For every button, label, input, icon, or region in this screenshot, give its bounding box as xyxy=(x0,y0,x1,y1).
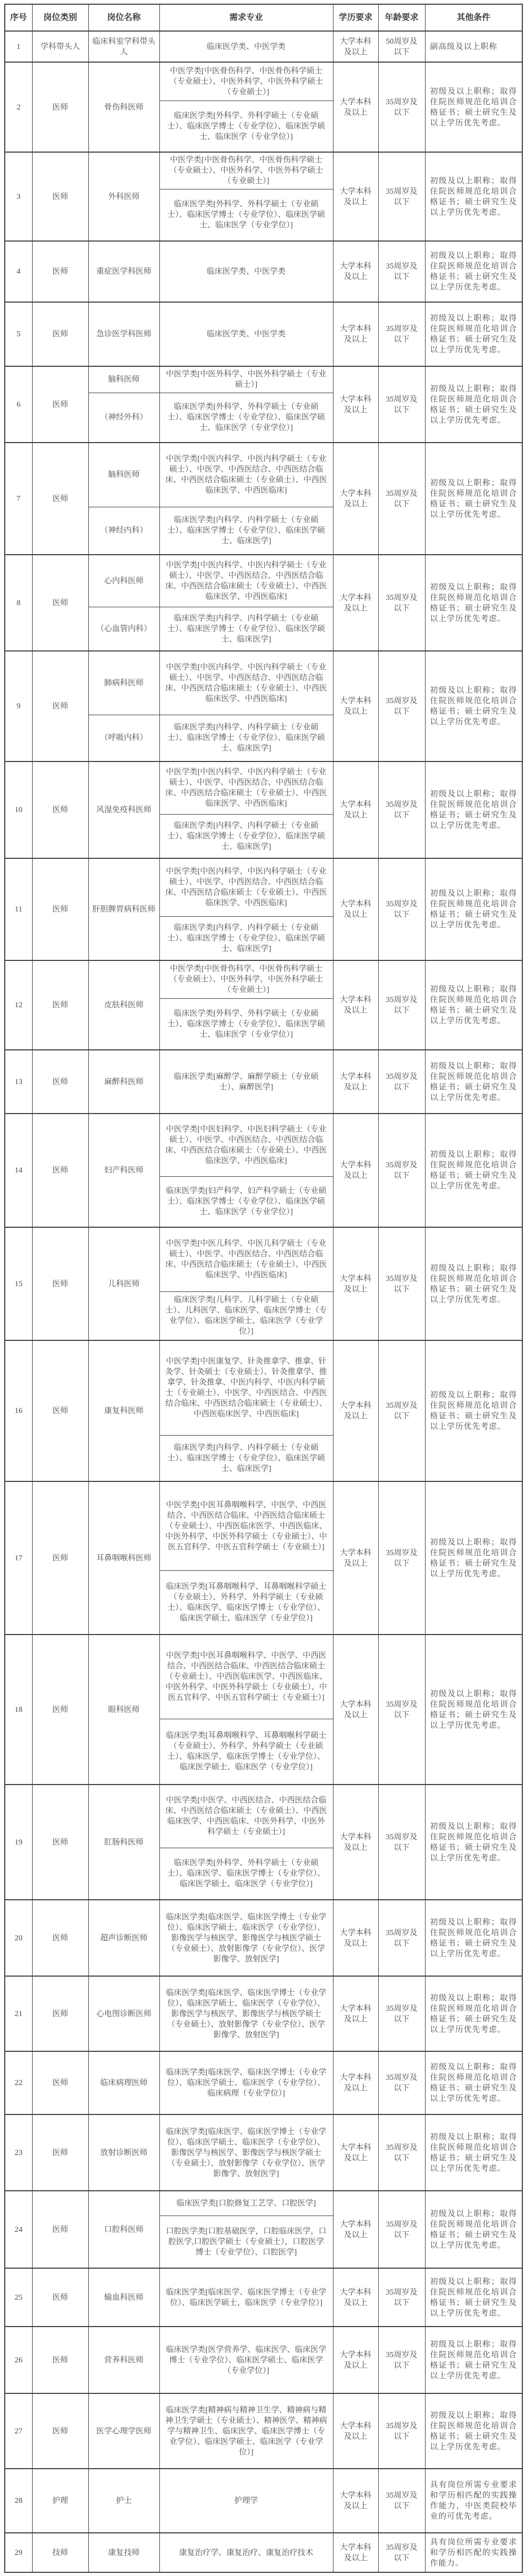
education-cell: 大学本科及以上 xyxy=(333,443,378,555)
position-name-cell: 心内科医师 xyxy=(88,555,159,607)
seq-cell: 13 xyxy=(5,1050,32,1114)
seq-cell: 5 xyxy=(5,302,32,366)
majors-cell: 临床医学类[内科学、内科学硕士（专业硕士）、临床医学博士（专业学位）、临床医学硕… xyxy=(159,1435,333,1481)
majors-cell: 中医学类[中医骨伤科学、中医骨伤科学硕士（专业硕士）、中医外科学、中医外科学硕士… xyxy=(159,960,333,998)
age-cell: 35周岁及以下 xyxy=(378,1900,425,1976)
seq-cell: 22 xyxy=(5,2051,32,2114)
seq-cell: 29 xyxy=(5,2533,32,2572)
category-cell: 医师 xyxy=(32,555,88,651)
majors-cell: 中医学类[中医妇科学、中医妇科学硕士（专业硕士）、中医学、中西医结合、中西医结合… xyxy=(159,1114,333,1176)
other-conditions-cell: 初级及以上职称；取得住院医师规范化培训合格证书；硕士研究生及以上学历优先考虑。 xyxy=(425,1481,522,1635)
majors-cell: 口腔医学类[口腔基础医学，口腔临床医学，口腔医学,口腔医学硕士（专业硕士），口腔… xyxy=(159,2216,333,2268)
education-cell: 大学本科及以上 xyxy=(333,302,378,366)
table-row: 1学科带头人临床科室学科带头人临床医学类、中医学类大学本科及以上50周岁及以下副… xyxy=(5,31,522,62)
category-cell: 医师 xyxy=(32,1050,88,1114)
position-name-cell: 骨伤科医师 xyxy=(88,62,159,152)
age-cell: 50周岁及以下 xyxy=(378,31,425,62)
majors-cell: 中医学类[中医内科学、中医内科学硕士（专业硕士）、中医学、中西医结合、中西医结合… xyxy=(159,651,333,715)
seq-cell: 28 xyxy=(5,2469,32,2533)
position-name-cell: 妇产科医师 xyxy=(88,1114,159,1227)
majors-cell: 临床医学类[耳鼻咽喉科学、耳鼻咽喉科学硕士（专业硕士）、外科学、外科学硕士（专业… xyxy=(159,1719,333,1785)
seq-cell: 4 xyxy=(5,241,32,302)
table-row: 19医师肛肠科医师中医学类[中医学、中西医结合、中西医结合临床、中西医结合临床硕… xyxy=(5,1785,522,1900)
majors-cell: 中医学类[中医内科学、中医内科学硕士（专业硕士）、中医学、中西医结合、中西医结合… xyxy=(159,555,333,607)
majors-cell: 临床医学类[内科学、内科学硕士（专业硕士）、临床医学博士（专业学位）、临床医学硕… xyxy=(159,814,333,858)
position-name-cell: 超声诊断医师 xyxy=(88,1900,159,1976)
category-cell: 技师 xyxy=(32,2533,88,2572)
majors-cell: 中医学类[中医骨伤科学、中医骨伤科学硕士（专业硕士）、中医外科学、中医外科学硕士… xyxy=(159,152,333,189)
position-name-cell: 康复技师 xyxy=(88,2533,159,2572)
table-row: 24医师口腔科医师临床医学类[口腔修复工艺学、口腔医学]大学本科及以上35周岁及… xyxy=(5,2191,522,2268)
majors-cell: 康复治疗学、康复治疗、康复治疗技术 xyxy=(159,2533,333,2572)
other-conditions-cell: 初级及以上职称；取得住院医师规范化培训合格证书；硕士研究生及以上学历优先考虑。 xyxy=(425,302,522,366)
education-cell: 大学本科及以上 xyxy=(333,2051,378,2114)
age-cell: 35周岁及以下 xyxy=(378,1481,425,1635)
seq-cell: 8 xyxy=(5,555,32,651)
seq-cell: 1 xyxy=(5,31,32,62)
majors-cell: 临床医学类[临床医学、临床医学博士（专业学位）、临床医学硕士、临床医学（专业学位… xyxy=(159,1976,333,2051)
other-conditions-cell: 具有岗位所需专业要求和学历相匹配的实践操作能力。 xyxy=(425,2533,522,2572)
age-cell: 35周岁及以下 xyxy=(378,2191,425,2268)
category-cell: 医师 xyxy=(32,1114,88,1227)
age-cell: 35周岁及以下 xyxy=(378,1976,425,2051)
education-cell: 大学本科及以上 xyxy=(333,960,378,1050)
age-cell: 35周岁及以下 xyxy=(378,302,425,366)
category-cell: 医师 xyxy=(32,1976,88,2051)
education-cell: 大学本科及以上 xyxy=(333,1114,378,1227)
seq-cell: 27 xyxy=(5,2393,32,2469)
other-conditions-cell: 初级及以上职称；取得住院医师规范化培训合格证书；硕士研究生及以上学历优先考虑。 xyxy=(425,1114,522,1227)
column-header: 序号 xyxy=(5,4,32,31)
education-cell: 大学本科及以上 xyxy=(333,1227,378,1340)
table-row: 15医师儿科医师中医学类[中医儿科学、中医儿科学硕士（专业硕士）、中医学、中西医… xyxy=(5,1227,522,1340)
seq-cell: 12 xyxy=(5,960,32,1050)
other-conditions-cell: 初级及以上职称；取得住院医师规范化培训合格证书；硕士研究生及以上学历优先考虑。 xyxy=(425,1050,522,1114)
table-row: 27医师医学心理学医师临床医学类[精神病与精神卫生学、精神病与精神卫生学硕士（专… xyxy=(5,2393,522,2469)
age-cell: 35周岁及以下 xyxy=(378,761,425,858)
majors-cell: 中医学类[中医骨伤科学、中医骨伤科学硕士（专业硕士）、中医外科学、中医外科学硕士… xyxy=(159,62,333,101)
table-row: 4医师重症医学科医师临床医学类、中医学类大学本科及以上35周岁及以下初级及以上职… xyxy=(5,241,522,302)
other-conditions-cell: 初级及以上职称；取得住院医师规范化培训合格证书；硕士研究生及以上学历优先考虑。 xyxy=(425,2114,522,2191)
other-conditions-cell: 初级及以上职称；取得住院医师规范化培训合格证书；硕士研究生及以上学历优先考虑。 xyxy=(425,2051,522,2114)
table-row: 5医师急诊医学科医师临床医学类、中医学类大学本科及以上35周岁及以下初级及以上职… xyxy=(5,302,522,366)
education-cell: 大学本科及以上 xyxy=(333,2327,378,2393)
majors-cell: 中医学类[中医内科学、中医内科学硕士（专业硕士）、中医学、中西医结合、中西医结合… xyxy=(159,858,333,916)
table-row: 3医师外科医师中医学类[中医骨伤科学、中医骨伤科学硕士（专业硕士）、中医外科学、… xyxy=(5,152,522,241)
table-row: 8医师心内科医师中医学类[中医内科学、中医内科学硕士（专业硕士）、中医学、中西医… xyxy=(5,555,522,651)
other-conditions-cell: 初级及以上职称；取得住院医师规范化培训合格证书；硕士研究生及以上学历优先考虑。 xyxy=(425,555,522,651)
majors-cell: 临床医学类[精神病与精神卫生学、精神病与精神卫生学硕士（专业硕士）、精神医学、精… xyxy=(159,2393,333,2469)
position-name-cell: 心电图诊断医师 xyxy=(88,1976,159,2051)
education-cell: 大学本科及以上 xyxy=(333,2469,378,2533)
category-cell: 医师 xyxy=(32,2051,88,2114)
column-header: 岗位类别 xyxy=(32,4,88,31)
education-cell: 大学本科及以上 xyxy=(333,1635,378,1785)
majors-cell: 临床医学类[儿科学、儿科学硕士（专业硕士）、儿科医学、临床医学、临床医学博士（专… xyxy=(159,1291,333,1340)
category-cell: 医师 xyxy=(32,858,88,960)
other-conditions-cell: 初级及以上职称；取得住院医师规范化培训合格证书；硕士研究生及以上学历优先考虑。 xyxy=(425,651,522,761)
table-row: 20医师超声诊断医师临床医学类[临床医学、临床医学博士（专业学位）、临床医学硕士… xyxy=(5,1900,522,1976)
other-conditions-cell: 初级及以上职称；取得住院医师规范化培训合格证书；硕士研究生及以上学历优先考虑。 xyxy=(425,1635,522,1785)
seq-cell: 20 xyxy=(5,1900,32,1976)
column-header: 学历要求 xyxy=(333,4,378,31)
seq-cell: 9 xyxy=(5,651,32,761)
majors-cell: 临床医学类、中医学类 xyxy=(159,302,333,366)
category-cell: 医师 xyxy=(32,2393,88,2469)
age-cell: 35周岁及以下 xyxy=(378,2469,425,2533)
category-cell: 医师 xyxy=(32,2268,88,2327)
position-name-cell: 营养科医师 xyxy=(88,2327,159,2393)
seq-cell: 10 xyxy=(5,761,32,858)
category-cell: 医师 xyxy=(32,2191,88,2268)
position-name-cell: （呼吸内科） xyxy=(88,715,159,761)
majors-cell: 临床医学类[口腔修复工艺学、口腔医学] xyxy=(159,2191,333,2216)
category-cell: 护理 xyxy=(32,2469,88,2533)
other-conditions-cell: 初级及以上职称；取得住院医师规范化培训合格证书；硕士研究生及以上学历优先考虑。 xyxy=(425,1785,522,1900)
seq-cell: 23 xyxy=(5,2114,32,2191)
education-cell: 大学本科及以上 xyxy=(333,2533,378,2572)
majors-cell: 临床医学类[临床医学、临床医学博士（专业学位）、临床医学硕士、临床医学（专业学位… xyxy=(159,1900,333,1976)
category-cell: 医师 xyxy=(32,1481,88,1635)
other-conditions-cell: 初级及以上职称；取得住院医师规范化培训合格证书；硕士研究生及以上学历优先考虑。 xyxy=(425,62,522,152)
table-row: 26医师营养科医师临床医学类[医学营养学、临床医学、临床医学博士（专业学位）、临… xyxy=(5,2327,522,2393)
education-cell: 大学本科及以上 xyxy=(333,1785,378,1900)
majors-cell: 临床医学类[外科学、外科学硕士（专业硕士）、临床医学博士（专业学位）、临床医学硕… xyxy=(159,189,333,241)
seq-cell: 7 xyxy=(5,443,32,555)
seq-cell: 2 xyxy=(5,62,32,152)
seq-cell: 17 xyxy=(5,1481,32,1635)
column-header: 需求专业 xyxy=(159,4,333,31)
age-cell: 35周岁及以下 xyxy=(378,1227,425,1340)
majors-cell: 中医学类[中医学、中西医结合、中西医结合临床、中西医结合临床硕士（专业硕士）、中… xyxy=(159,1785,333,1848)
other-conditions-cell: 初级及以上职称；取得住院医师规范化培训合格证书；硕士研究生及以上学历优先考虑。 xyxy=(425,1227,522,1340)
other-conditions-cell: 具有岗位所需专业要求和学历相匹配的实践操作能力，中医类院校毕业的可优先考虑。 xyxy=(425,2469,522,2533)
category-cell: 医师 xyxy=(32,651,88,761)
seq-cell: 19 xyxy=(5,1785,32,1900)
position-name-cell: （神经外科） xyxy=(88,393,159,443)
majors-cell: 临床医学类[外科学、外科学硕士（专业硕士）、临床医学、临床医学博士（专业学位）、… xyxy=(159,1848,333,1900)
seq-cell: 24 xyxy=(5,2191,32,2268)
education-cell: 大学本科及以上 xyxy=(333,858,378,960)
category-cell: 医师 xyxy=(32,366,88,443)
majors-cell: 临床医学类[耳鼻咽喉科学、耳鼻咽喉科学硕士（专业硕士）、外科学、外科学硕士（专业… xyxy=(159,1570,333,1635)
table-row: 9医师肺病科医师中医学类[中医内科学、中医内科学硕士（专业硕士）、中医学、中西医… xyxy=(5,651,522,761)
majors-cell: 临床医学类[临床医学、临床医学博士（专业学位）、临床医学硕士、临床医学（专业学位… xyxy=(159,2268,333,2327)
age-cell: 35周岁及以下 xyxy=(378,443,425,555)
position-name-cell: 风湿免疫科医师 xyxy=(88,761,159,858)
position-name-cell: 重症医学科医师 xyxy=(88,241,159,302)
seq-cell: 18 xyxy=(5,1635,32,1785)
table-row: 28护理护士护理学大学本科及以上35周岁及以下具有岗位所需专业要求和学历相匹配的… xyxy=(5,2469,522,2533)
category-cell: 医师 xyxy=(32,152,88,241)
position-name-cell: 脑科医师 xyxy=(88,443,159,507)
age-cell: 35周岁及以下 xyxy=(378,366,425,443)
column-header: 岗位名称 xyxy=(88,4,159,31)
seq-cell: 16 xyxy=(5,1340,32,1481)
seq-cell: 14 xyxy=(5,1114,32,1227)
table-row: 6医师脑科医师中医学类[中医外科学、中医外科学硕士（专业硕士）]大学本科及以上3… xyxy=(5,366,522,443)
majors-cell: 临床医学类[麻醉学、麻醉学硕士（专业硕士）、麻醉医学] xyxy=(159,1050,333,1114)
other-conditions-cell: 初级及以上职称；取得住院医师规范化培训合格证书；硕士研究生及以上学历优先考虑。 xyxy=(425,1900,522,1976)
other-conditions-cell: 初级及以上职称；取得住院医师规范化培训合格证书；硕士研究生及以上学历优先考虑。 xyxy=(425,761,522,858)
other-conditions-cell: 初级及以上职称；取得住院医师规范化培训合格证书；硕士研究生及以上学历优先考虑。 xyxy=(425,2268,522,2327)
education-cell: 大学本科及以上 xyxy=(333,2114,378,2191)
education-cell: 大学本科及以上 xyxy=(333,651,378,761)
age-cell: 35周岁及以下 xyxy=(378,152,425,241)
position-name-cell: 放射诊断医师 xyxy=(88,2114,159,2191)
seq-cell: 26 xyxy=(5,2327,32,2393)
position-name-cell: 外科医师 xyxy=(88,152,159,241)
seq-cell: 11 xyxy=(5,858,32,960)
other-conditions-cell: 初级及以上职称；取得住院医师规范化培训合格证书；硕士研究生及以上学历优先考虑。 xyxy=(425,1976,522,2051)
other-conditions-cell: 初级及以上职称；取得住院医师规范化培训合格证书；硕士研究生及以上学历优先考虑。 xyxy=(425,1340,522,1481)
education-cell: 大学本科及以上 xyxy=(333,152,378,241)
majors-cell: 临床医学类[外科学、外科学硕士（专业硕士）、临床医学博士（专业学位）、临床医学硕… xyxy=(159,998,333,1050)
majors-cell: 临床医学类[内科学、内科学硕士（专业硕士）、临床医学博士（专业学位）、临床医学硕… xyxy=(159,607,333,651)
majors-cell: 临床医学类[外科学、外科学硕士（专业硕士）、临床医学博士（专业学位）、临床医学硕… xyxy=(159,101,333,152)
header-row: 序号岗位类别岗位名称需求专业学历要求年龄要求其他条件 xyxy=(5,4,522,31)
table-row: 13医师麻醉科医师临床医学类[麻醉学、麻醉学硕士（专业硕士）、麻醉医学]大学本科… xyxy=(5,1050,522,1114)
education-cell: 大学本科及以上 xyxy=(333,1481,378,1635)
majors-cell: 临床医学类[妇产科学、妇产科学硕士（专业硕士）、临床医学博士（专业学位）、临床医… xyxy=(159,1176,333,1227)
position-name-cell: 麻醉科医师 xyxy=(88,1050,159,1114)
majors-cell: 护理学 xyxy=(159,2469,333,2533)
education-cell: 大学本科及以上 xyxy=(333,1340,378,1481)
age-cell: 35周岁及以下 xyxy=(378,2533,425,2572)
age-cell: 35周岁及以下 xyxy=(378,1050,425,1114)
table-row: 10医师风湿免疫科医师中医学类[中医内科学、中医内科学硕士（专业硕士）、中医学、… xyxy=(5,761,522,858)
majors-cell: 中医学类[中医儿科学、中医儿科学硕士（专业硕士）、中医学、中西医结合、中西医结合… xyxy=(159,1227,333,1291)
age-cell: 35周岁及以下 xyxy=(378,960,425,1050)
position-name-cell: 皮肤科医师 xyxy=(88,960,159,1050)
category-cell: 医师 xyxy=(32,2114,88,2191)
category-cell: 医师 xyxy=(32,2327,88,2393)
category-cell: 医师 xyxy=(32,62,88,152)
position-name-cell: 脑科医师 xyxy=(88,366,159,393)
education-cell: 大学本科及以上 xyxy=(333,1976,378,2051)
category-cell: 医师 xyxy=(32,1635,88,1785)
position-name-cell: 医学心理学医师 xyxy=(88,2393,159,2469)
age-cell: 35周岁及以下 xyxy=(378,1114,425,1227)
position-name-cell: 肛肠科医师 xyxy=(88,1785,159,1900)
majors-cell: 临床医学类[内科学、内科学硕士（专业硕士）、临床医学博士（专业学位）、临床医学硕… xyxy=(159,507,333,555)
position-name-cell: 康复科医师 xyxy=(88,1340,159,1481)
position-name-cell: 肝胆脾胃病科医师 xyxy=(88,858,159,960)
age-cell: 35周岁及以下 xyxy=(378,1635,425,1785)
column-header: 其他条件 xyxy=(425,4,522,31)
majors-cell: 临床医学类[临床医学、临床医学博士（专业学位）、临床医学硕士、临床医学（专业学位… xyxy=(159,2114,333,2191)
other-conditions-cell: 初级及以上职称；取得住院医师规范化培训合格证书；硕士研究生及以上学历优先考虑。 xyxy=(425,2191,522,2268)
majors-cell: 临床医学类、中医学类 xyxy=(159,241,333,302)
age-cell: 35周岁及以下 xyxy=(378,241,425,302)
majors-cell: 临床医学类[临床医学、临床医学博士（专业学位）、临床医学硕士、临床医学（专业学位… xyxy=(159,2051,333,2114)
majors-cell: 临床医学类[内科学、内科学硕士（专业硕士）、临床医学博士（专业学位）、临床医学硕… xyxy=(159,916,333,960)
majors-cell: 临床医学类、中医学类 xyxy=(159,31,333,62)
table-row: 12医师皮肤科医师中医学类[中医骨伤科学、中医骨伤科学硕士（专业硕士）、中医外科… xyxy=(5,960,522,1050)
table-header: 序号岗位类别岗位名称需求专业学历要求年龄要求其他条件 xyxy=(5,4,522,31)
age-cell: 35周岁及以下 xyxy=(378,2327,425,2393)
table-row: 17医师耳鼻咽喉科医师中医学类[中医耳鼻咽喉科学、中医学、中西医结合、中西医结合… xyxy=(5,1481,522,1635)
category-cell: 医师 xyxy=(32,960,88,1050)
table-row: 18医师眼科医师中医学类[中医耳鼻咽喉科学、中医学、中西医结合、中西医结合临床、… xyxy=(5,1635,522,1785)
position-name-cell: 输血科医师 xyxy=(88,2268,159,2327)
age-cell: 35周岁及以下 xyxy=(378,2051,425,2114)
table-row: 7医师脑科医师中医学类[中医内科学、中医内科学硕士（专业硕士）、中医学、中西医结… xyxy=(5,443,522,555)
other-conditions-cell: 初级及以上职称；取得住院医师规范化培训合格证书；硕士研究生及以上学历优先考虑。 xyxy=(425,241,522,302)
category-cell: 医师 xyxy=(32,761,88,858)
other-conditions-cell: 初级及以上职称；取得住院医师规范化培训合格证书；硕士研究生及以上学历优先考虑。 xyxy=(425,2327,522,2393)
age-cell: 35周岁及以下 xyxy=(378,1785,425,1900)
other-conditions-cell: 副高级及以上职称 xyxy=(425,31,522,62)
age-cell: 35周岁及以下 xyxy=(378,2393,425,2469)
education-cell: 大学本科及以上 xyxy=(333,62,378,152)
table-row: 16医师康复科医师中医学类[中医康复学、针灸推拿学、推拿、针灸学、针灸硕士（专业… xyxy=(5,1340,522,1481)
education-cell: 大学本科及以上 xyxy=(333,1900,378,1976)
category-cell: 医师 xyxy=(32,1227,88,1340)
other-conditions-cell: 初级及以上职称；取得住院医师规范化培训合格证书；硕士研究生及以上学历优先考虑。 xyxy=(425,366,522,443)
other-conditions-cell: 初级及以上职称；取得住院医师规范化培训合格证书；硕士研究生及以上学历优先考虑。 xyxy=(425,960,522,1050)
position-name-cell: 急诊医学科医师 xyxy=(88,302,159,366)
position-name-cell: 临床病理医师 xyxy=(88,2051,159,2114)
education-cell: 大学本科及以上 xyxy=(333,2191,378,2268)
age-cell: 35周岁及以下 xyxy=(378,1340,425,1481)
table-row: 2医师骨伤科医师中医学类[中医骨伤科学、中医骨伤科学硕士（专业硕士）、中医外科学… xyxy=(5,62,522,152)
other-conditions-cell: 初级及以上职称；取得住院医师规范化培训合格证书；硕士研究生及以上学历优先考虑。 xyxy=(425,443,522,555)
age-cell: 35周岁及以下 xyxy=(378,858,425,960)
education-cell: 大学本科及以上 xyxy=(333,366,378,443)
table-row: 25医师输血科医师临床医学类[临床医学、临床医学博士（专业学位）、临床医学硕士、… xyxy=(5,2268,522,2327)
position-name-cell: 护士 xyxy=(88,2469,159,2533)
other-conditions-cell: 初级及以上职称；取得住院医师规范化培训合格证书；硕士研究生及以上学历优先考虑。 xyxy=(425,2393,522,2469)
majors-cell: 中医学类[中医内科学、中医内科学硕士（专业硕士）、中医学、中西医结合、中西医结合… xyxy=(159,761,333,814)
seq-cell: 21 xyxy=(5,1976,32,2051)
position-name-cell: 临床科室学科带头人 xyxy=(88,31,159,62)
majors-cell: 临床医学类[内科学、内科学硕士（专业硕士）、临床医学博士（专业学位）、临床医学硕… xyxy=(159,715,333,761)
category-cell: 医师 xyxy=(32,1900,88,1976)
position-name-cell: 眼科医师 xyxy=(88,1635,159,1785)
education-cell: 大学本科及以上 xyxy=(333,31,378,62)
age-cell: 35周岁及以下 xyxy=(378,651,425,761)
majors-cell: 中医学类[中医外科学、中医外科学硕士（专业硕士）] xyxy=(159,366,333,393)
position-name-cell: 耳鼻咽喉科医师 xyxy=(88,1481,159,1635)
majors-cell: 临床医学类[医学营养学、临床医学、临床医学博士（专业学位）、临床医学硕士、临床医… xyxy=(159,2327,333,2393)
education-cell: 大学本科及以上 xyxy=(333,241,378,302)
majors-cell: 中医学类[中医耳鼻咽喉科学、中医学、中西医结合、中西医结合临床、中西医结合临床硕… xyxy=(159,1635,333,1719)
table-row: 21医师心电图诊断医师临床医学类[临床医学、临床医学博士（专业学位）、临床医学硕… xyxy=(5,1976,522,2051)
table-row: 22医师临床病理医师临床医学类[临床医学、临床医学博士（专业学位）、临床医学硕士… xyxy=(5,2051,522,2114)
education-cell: 大学本科及以上 xyxy=(333,2393,378,2469)
category-cell: 医师 xyxy=(32,1785,88,1900)
education-cell: 大学本科及以上 xyxy=(333,761,378,858)
position-name-cell: 口腔科医师 xyxy=(88,2191,159,2268)
position-name-cell: （神经内科） xyxy=(88,507,159,555)
table-row: 14医师妇产科医师中医学类[中医妇科学、中医妇科学硕士（专业硕士）、中医学、中西… xyxy=(5,1114,522,1227)
category-cell: 学科带头人 xyxy=(32,31,88,62)
majors-cell: 中医学类[中医耳鼻咽喉科学、中医学、中西医结合、中西医结合临床、中西医结合临床硕… xyxy=(159,1481,333,1570)
other-conditions-cell: 初级及以上职称；取得住院医师规范化培训合格证书；硕士研究生及以上学历优先考虑。 xyxy=(425,152,522,241)
age-cell: 35周岁及以下 xyxy=(378,2268,425,2327)
seq-cell: 25 xyxy=(5,2268,32,2327)
majors-cell: 临床医学类[外科学、外科学硕士（专业硕士）、临床医学博士（专业学位）、临床医学硕… xyxy=(159,393,333,443)
position-name-cell: （心血管内科） xyxy=(88,607,159,651)
seq-cell: 3 xyxy=(5,152,32,241)
category-cell: 医师 xyxy=(32,241,88,302)
category-cell: 医师 xyxy=(32,302,88,366)
age-cell: 35周岁及以下 xyxy=(378,62,425,152)
age-cell: 35周岁及以下 xyxy=(378,2114,425,2191)
seq-cell: 6 xyxy=(5,366,32,443)
age-cell: 35周岁及以下 xyxy=(378,555,425,651)
education-cell: 大学本科及以上 xyxy=(333,1050,378,1114)
education-cell: 大学本科及以上 xyxy=(333,555,378,651)
table-row: 23医师放射诊断医师临床医学类[临床医学、临床医学博士（专业学位）、临床医学硕士… xyxy=(5,2114,522,2191)
recruitment-table: 序号岗位类别岗位名称需求专业学历要求年龄要求其他条件 1学科带头人临床科室学科带… xyxy=(4,4,523,2573)
document-page: 序号岗位类别岗位名称需求专业学历要求年龄要求其他条件 1学科带头人临床科室学科带… xyxy=(0,0,526,2576)
column-header: 年龄要求 xyxy=(378,4,425,31)
seq-cell: 15 xyxy=(5,1227,32,1340)
table-row: 29技师康复技师康复治疗学、康复治疗、康复治疗技术大学本科及以上35周岁及以下具… xyxy=(5,2533,522,2572)
majors-cell: 中医学类[中医康复学、针灸推拿学、推拿、针灸学、针灸硕士（专业硕士）、针灸推拿学… xyxy=(159,1340,333,1435)
category-cell: 医师 xyxy=(32,1340,88,1481)
position-name-cell: 肺病科医师 xyxy=(88,651,159,715)
category-cell: 医师 xyxy=(32,443,88,555)
education-cell: 大学本科及以上 xyxy=(333,2268,378,2327)
majors-cell: 中医学类[中医内科学、中医内科学硕士（专业硕士）、中医学、中西医结合、中西医结合… xyxy=(159,443,333,507)
other-conditions-cell: 初级及以上职称；取得住院医师规范化培训合格证书；硕士研究生及以上学历优先考虑。 xyxy=(425,858,522,960)
table-row: 11医师肝胆脾胃病科医师中医学类[中医内科学、中医内科学硕士（专业硕士）、中医学… xyxy=(5,858,522,960)
position-name-cell: 儿科医师 xyxy=(88,1227,159,1340)
